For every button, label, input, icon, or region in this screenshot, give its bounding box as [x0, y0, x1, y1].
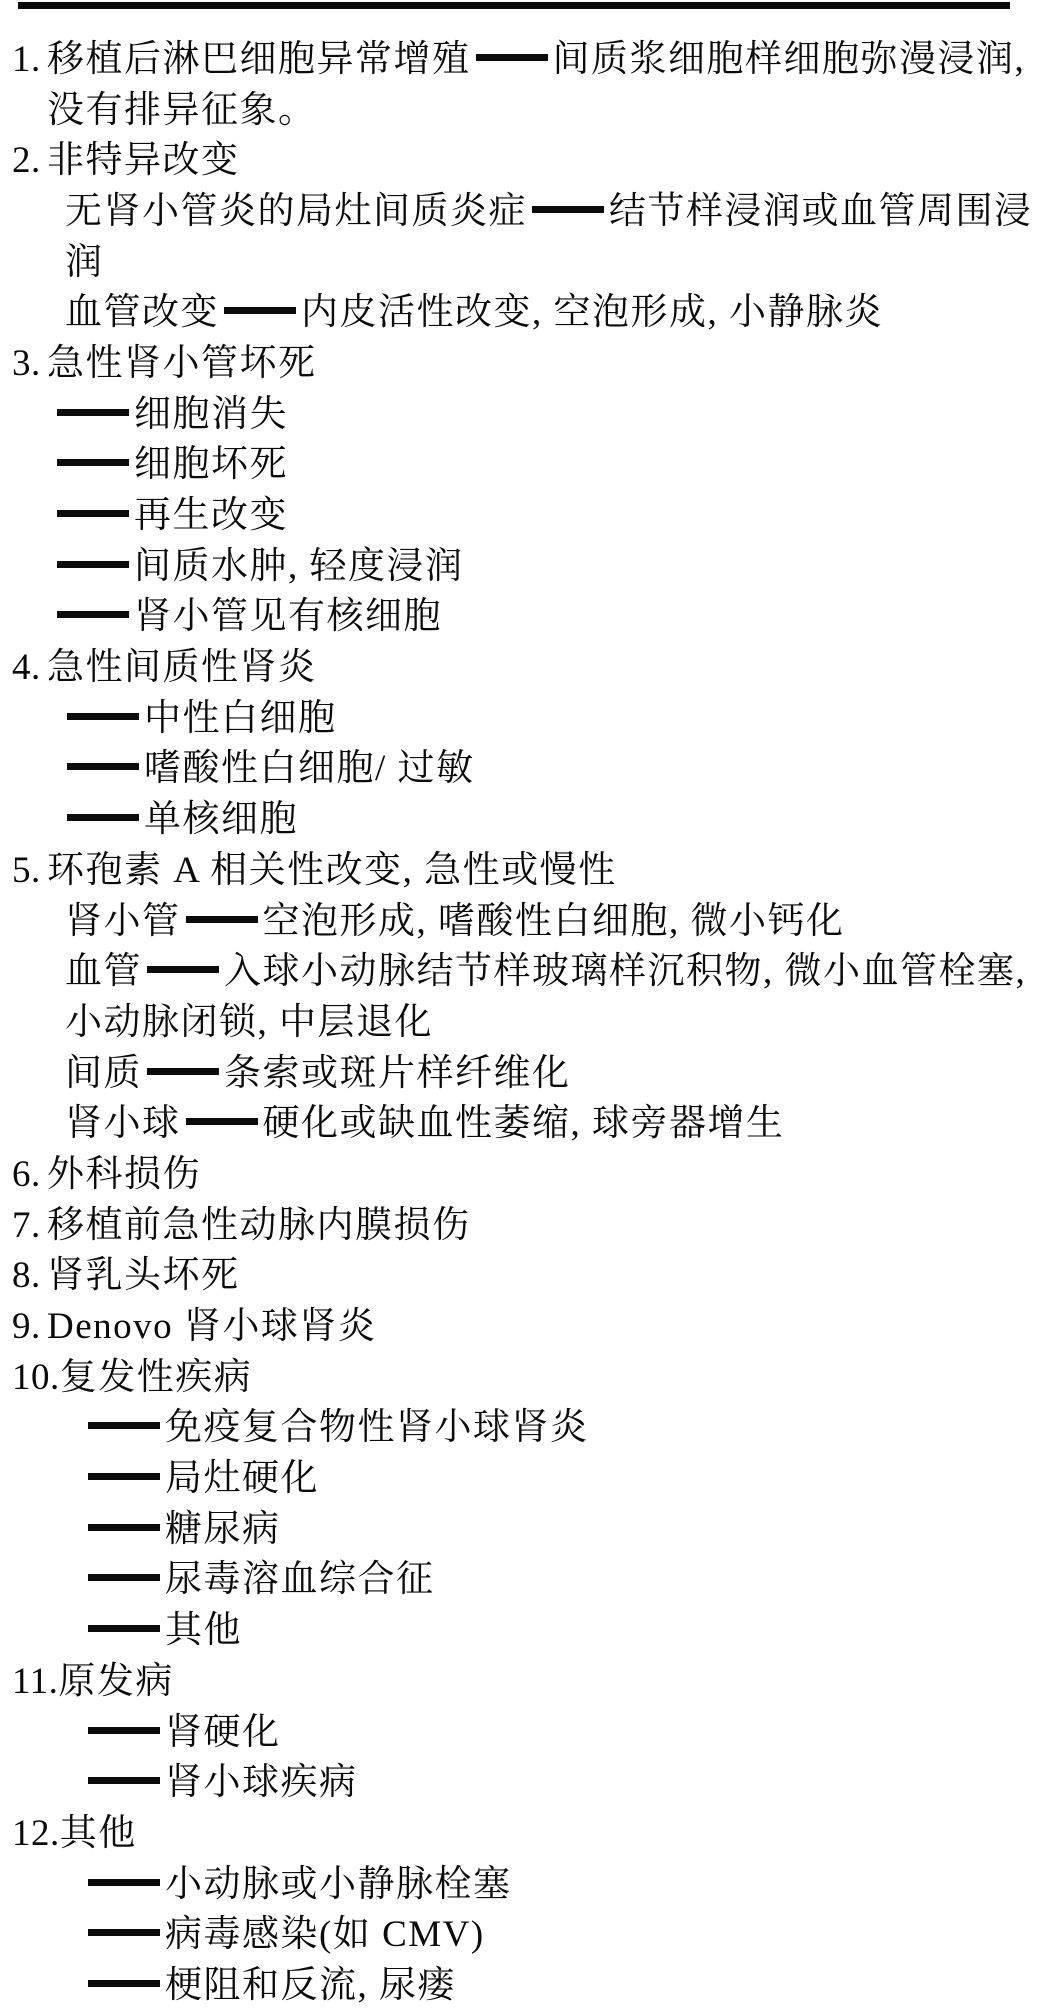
- list-line: 7.移植前急性动脉内膜损伤: [0, 1200, 1056, 1251]
- line-text: 间质水肿, 轻度浸润: [134, 548, 464, 585]
- line-text: 肾乳头坏死: [47, 1257, 240, 1294]
- list-line: 3.急性肾小管坏死: [0, 338, 1056, 389]
- em-dash-connector: [88, 1727, 160, 1734]
- em-dash-connector: [88, 1473, 160, 1480]
- line-text: 环孢素 A 相关性改变, 急性或慢性: [47, 852, 617, 889]
- line-text: 局灶硬化: [165, 1460, 319, 1497]
- line-text: 间质: [65, 1055, 142, 1092]
- item-number: 10.: [12, 1359, 60, 1396]
- line-text: 梗阻和反流, 尿瘘: [165, 1967, 456, 2004]
- em-dash-connector: [88, 1777, 160, 1784]
- line-text: 结节样浸润或血管周围浸: [609, 193, 1033, 230]
- list-line: 润: [0, 237, 1056, 288]
- item-number: 3.: [12, 345, 47, 382]
- line-text: 条索或斑片样纤维化: [224, 1055, 571, 1092]
- em-dash-connector: [147, 1068, 219, 1075]
- em-dash-connector: [57, 459, 129, 466]
- list-line: 间质水肿, 轻度浸润: [0, 541, 1056, 592]
- list-line: 1.移植后淋巴细胞异常增殖间质浆细胞样细胞弥漫浸润,: [0, 34, 1056, 85]
- line-text: 入球小动脉结节样玻璃样沉积物, 微小血管栓塞,: [224, 953, 1026, 990]
- document-body: 1.移植后淋巴细胞异常增殖间质浆细胞样细胞弥漫浸润,没有排异征象。2.非特异改变…: [0, 34, 1056, 2010]
- line-text: 移植后淋巴细胞异常增殖: [47, 41, 471, 78]
- item-number: 4.: [12, 649, 47, 686]
- line-text: 其他: [60, 1815, 137, 1852]
- item-number: 6.: [12, 1156, 47, 1193]
- line-text: 嗜酸性白细胞/ 过敏: [144, 750, 475, 787]
- list-line: 嗜酸性白细胞/ 过敏: [0, 744, 1056, 795]
- em-dash-connector: [532, 206, 604, 213]
- line-text: 细胞消失: [134, 396, 288, 433]
- list-line: 血管入球小动脉结节样玻璃样沉积物, 微小血管栓塞,: [0, 946, 1056, 997]
- item-number: 1.: [12, 41, 47, 78]
- line-text: 急性肾小管坏死: [47, 345, 317, 382]
- list-line: 10.复发性疾病: [0, 1352, 1056, 1403]
- item-number: 8.: [12, 1257, 47, 1294]
- em-dash-connector: [88, 1422, 160, 1429]
- list-line: 单核细胞: [0, 794, 1056, 845]
- em-dash-connector: [224, 307, 296, 314]
- line-text: 血管改变: [65, 294, 219, 331]
- em-dash-connector: [88, 1879, 160, 1886]
- em-dash-connector: [67, 763, 139, 770]
- list-line: 没有排异征象。: [0, 85, 1056, 136]
- list-line: 尿毒溶血综合征: [0, 1555, 1056, 1606]
- list-line: 中性白细胞: [0, 693, 1056, 744]
- line-text: 免疫复合物性肾小球肾炎: [165, 1409, 589, 1446]
- list-line: 5.环孢素 A 相关性改变, 急性或慢性: [0, 845, 1056, 896]
- line-text: 外科损伤: [47, 1156, 201, 1193]
- em-dash-connector: [88, 1980, 160, 1987]
- line-text: 单核细胞: [144, 801, 298, 838]
- list-line: 12.其他: [0, 1808, 1056, 1859]
- line-text: 没有排异征象。: [47, 92, 317, 129]
- line-text: 无肾小管炎的局灶间质炎症: [65, 193, 527, 230]
- list-line: 肾小球硬化或缺血性萎缩, 球旁器增生: [0, 1098, 1056, 1149]
- item-number: 9.: [12, 1308, 47, 1345]
- item-number: 2.: [12, 142, 47, 179]
- top-rule: [18, 2, 1010, 9]
- line-text: 非特异改变: [47, 142, 240, 179]
- list-line: 肾硬化: [0, 1707, 1056, 1758]
- list-line: 小动脉闭锁, 中层退化: [0, 997, 1056, 1048]
- em-dash-connector: [88, 1574, 160, 1581]
- list-line: 无肾小管炎的局灶间质炎症结节样浸润或血管周围浸: [0, 186, 1056, 237]
- list-line: 间质条索或斑片样纤维化: [0, 1048, 1056, 1099]
- list-line: 2.非特异改变: [0, 135, 1056, 186]
- line-text: 急性间质性肾炎: [47, 649, 317, 686]
- em-dash-connector: [57, 510, 129, 517]
- list-line: 细胞消失: [0, 389, 1056, 440]
- line-text: 小动脉或小静脉栓塞: [165, 1866, 512, 1903]
- line-text: 细胞坏死: [134, 446, 288, 483]
- em-dash-connector: [186, 916, 258, 923]
- em-dash-connector: [147, 966, 219, 973]
- line-text: 润: [65, 244, 104, 281]
- line-text: 糖尿病: [165, 1511, 281, 1548]
- list-line: 糖尿病: [0, 1504, 1056, 1555]
- em-dash-connector: [88, 1625, 160, 1632]
- line-text: 移植前急性动脉内膜损伤: [47, 1207, 471, 1244]
- em-dash-connector: [57, 409, 129, 416]
- em-dash-connector: [88, 1929, 160, 1936]
- item-number: 7.: [12, 1207, 47, 1244]
- line-text: 空泡形成, 嗜酸性白细胞, 微小钙化: [263, 903, 845, 940]
- line-text: 其他: [165, 1612, 242, 1649]
- em-dash-connector: [476, 54, 548, 61]
- list-line: 肾小球疾病: [0, 1757, 1056, 1808]
- line-text: 硬化或缺血性萎缩, 球旁器增生: [263, 1105, 785, 1142]
- list-line: 局灶硬化: [0, 1453, 1056, 1504]
- line-text: 间质浆细胞样细胞弥漫浸润,: [553, 41, 1026, 78]
- line-text: 原发病: [58, 1663, 174, 1700]
- item-number: 5.: [12, 852, 47, 889]
- list-line: 6.外科损伤: [0, 1149, 1056, 1200]
- line-text: Denovo 肾小球肾炎: [47, 1308, 376, 1345]
- document-page: 1.移植后淋巴细胞异常增殖间质浆细胞样细胞弥漫浸润,没有排异征象。2.非特异改变…: [0, 0, 1056, 2010]
- line-text: 再生改变: [134, 497, 288, 534]
- list-line: 肾小管空泡形成, 嗜酸性白细胞, 微小钙化: [0, 896, 1056, 947]
- list-line: 再生改变: [0, 490, 1056, 541]
- em-dash-connector: [88, 1524, 160, 1531]
- line-text: 肾小管见有核细胞: [134, 598, 442, 635]
- list-line: 4.急性间质性肾炎: [0, 642, 1056, 693]
- list-line: 肾小管见有核细胞: [0, 592, 1056, 643]
- line-text: 复发性疾病: [60, 1359, 253, 1396]
- list-line: 其他: [0, 1605, 1056, 1656]
- em-dash-connector: [186, 1118, 258, 1125]
- list-line: 免疫复合物性肾小球肾炎: [0, 1403, 1056, 1454]
- line-text: 血管: [65, 953, 142, 990]
- line-text: 内皮活性改变, 空泡形成, 小静脉炎: [301, 294, 883, 331]
- line-text: 尿毒溶血综合征: [165, 1561, 435, 1598]
- list-line: 小动脉或小静脉栓塞: [0, 1859, 1056, 1910]
- line-text: 小动脉闭锁, 中层退化: [65, 1004, 433, 1041]
- line-text: 肾小球: [65, 1105, 181, 1142]
- em-dash-connector: [57, 611, 129, 618]
- line-text: 肾硬化: [165, 1714, 281, 1751]
- em-dash-connector: [67, 814, 139, 821]
- line-text: 肾小管: [65, 903, 181, 940]
- line-text: 中性白细胞: [144, 700, 337, 737]
- em-dash-connector: [67, 713, 139, 720]
- item-number: 11.: [12, 1663, 58, 1700]
- list-line: 细胞坏死: [0, 440, 1056, 491]
- list-line: 病毒感染(如 CMV): [0, 1909, 1056, 1960]
- line-text: 病毒感染(如 CMV): [165, 1916, 485, 1953]
- list-line: 梗阻和反流, 尿瘘: [0, 1960, 1056, 2010]
- em-dash-connector: [57, 561, 129, 568]
- item-number: 12.: [12, 1815, 60, 1852]
- list-line: 8.肾乳头坏死: [0, 1251, 1056, 1302]
- list-line: 血管改变内皮活性改变, 空泡形成, 小静脉炎: [0, 287, 1056, 338]
- line-text: 肾小球疾病: [165, 1764, 358, 1801]
- list-line: 11.原发病: [0, 1656, 1056, 1707]
- list-line: 9.Denovo 肾小球肾炎: [0, 1301, 1056, 1352]
